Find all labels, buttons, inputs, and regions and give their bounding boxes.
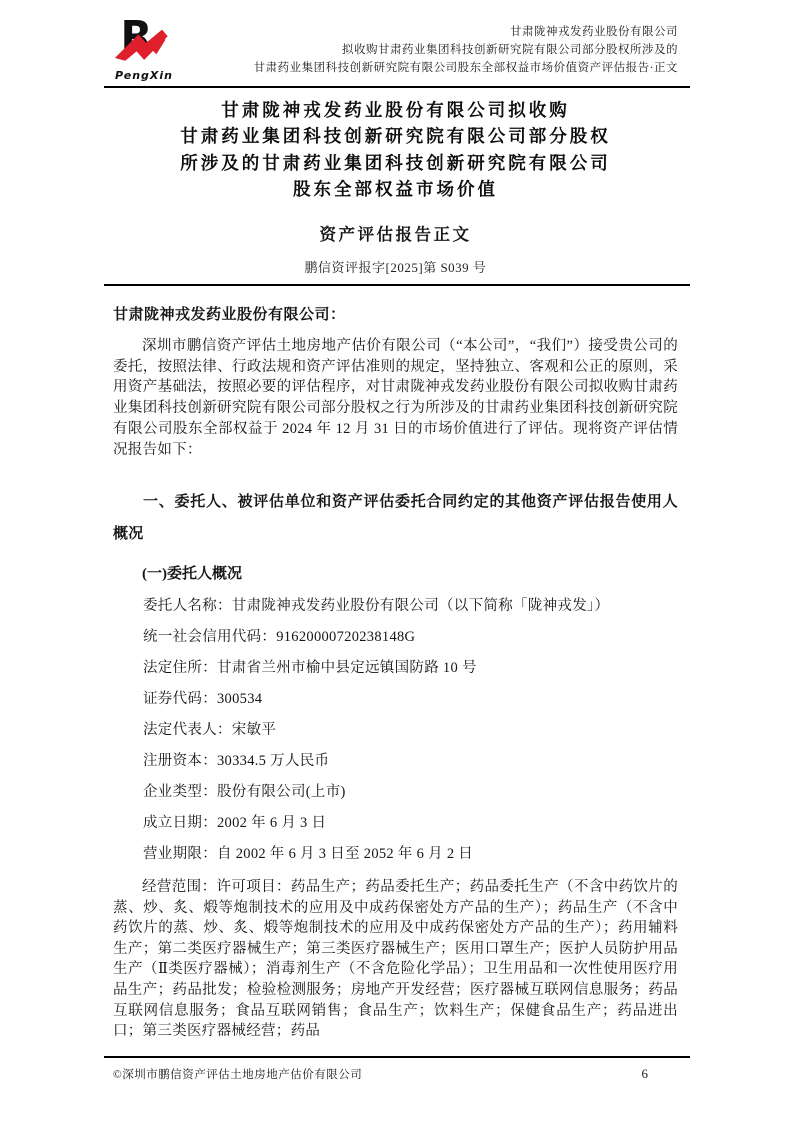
report-title: 甘肃陇神戎发药业股份有限公司拟收购 甘肃药业集团科技创新研究院有限公司部分股权 … [113, 97, 678, 202]
client-item-legal-address: 法定住所：甘肃省兰州市榆中县定远镇国防路 10 号 [113, 653, 678, 684]
intro-paragraph: 深圳市鹏信资产评估土地房地产估价有限公司（“本公司”，“我们”）接受贵公司的委托… [113, 336, 678, 460]
pengxin-r-swoosh-icon: R [113, 16, 179, 66]
client-item-credit-code: 统一社会信用代码：91620000720238148G [113, 622, 678, 653]
subsection-1-1-heading: (一)委托人概况 [113, 562, 678, 583]
client-item-founding-date: 成立日期：2002 年 6 月 3 日 [113, 808, 678, 839]
running-header: 甘肃陇神戎发药业股份有限公司 拟收购甘肃药业集团科技创新研究院有限公司部分股权所… [254, 16, 678, 77]
page-number: 6 [642, 1066, 679, 1082]
report-title-line-2: 甘肃药业集团科技创新研究院有限公司部分股权 [113, 123, 678, 149]
running-header-line-3: 甘肃药业集团科技创新研究院有限公司股东全部权益市场价值资产评估报告·正文 [254, 59, 678, 77]
client-item-company-type: 企业类型：股份有限公司(上市) [113, 777, 678, 808]
report-title-line-4: 股东全部权益市场价值 [113, 176, 678, 202]
client-item-business-term: 营业期限：自 2002 年 6 月 3 日至 2052 年 6 月 2 日 [113, 839, 678, 870]
client-item-registered-capital: 注册资本：30334.5 万人民币 [113, 746, 678, 777]
page-header: R PengXin 甘肃陇神戎发药业股份有限公司 拟收购甘肃药业集团科技创新研究… [113, 16, 678, 82]
client-item-legal-representative: 法定代表人：宋敏平 [113, 715, 678, 746]
section-1-heading: 一、委托人、被评估单位和资产评估委托合同约定的其他资产评估报告使用人概况 [113, 486, 678, 550]
report-number: 鹏信资评报字[2025]第 S039 号 [113, 257, 678, 276]
client-item-stock-code: 证券代码：300534 [113, 684, 678, 715]
client-profile-list: 委托人名称：甘肃陇神戎发药业股份有限公司（以下简称「陇神戎发」） 统一社会信用代… [113, 591, 678, 870]
pengxin-logo: R PengXin [113, 16, 209, 82]
report-page: R PengXin 甘肃陇神戎发药业股份有限公司 拟收购甘肃药业集团科技创新研究… [0, 0, 793, 1122]
report-title-line-3: 所涉及的甘肃药业集团科技创新研究院有限公司 [113, 150, 678, 176]
header-rule [104, 86, 690, 88]
logo-brand-text: PengXin [115, 69, 209, 82]
running-header-line-2: 拟收购甘肃药业集团科技创新研究院有限公司部分股权所涉及的 [254, 41, 678, 59]
footer-rule [104, 1056, 690, 1058]
footer-copyright: ©深圳市鹏信资产评估土地房地产估价有限公司 [113, 1066, 362, 1082]
title-rule [104, 284, 690, 286]
page-footer: ©深圳市鹏信资产评估土地房地产估价有限公司 6 [113, 1066, 678, 1082]
running-header-line-1: 甘肃陇神戎发药业股份有限公司 [254, 23, 678, 41]
report-title-line-1: 甘肃陇神戎发药业股份有限公司拟收购 [113, 97, 678, 123]
business-scope-paragraph: 经营范围：许可项目：药品生产；药品委托生产；药品委托生产（不含中药饮片的蒸、炒、… [113, 877, 678, 1042]
report-subtitle: 资产评估报告正文 [113, 221, 678, 245]
client-item-name: 委托人名称：甘肃陇神戎发药业股份有限公司（以下简称「陇神戎发」） [113, 591, 678, 622]
salutation: 甘肃陇神戎发药业股份有限公司： [113, 303, 678, 324]
